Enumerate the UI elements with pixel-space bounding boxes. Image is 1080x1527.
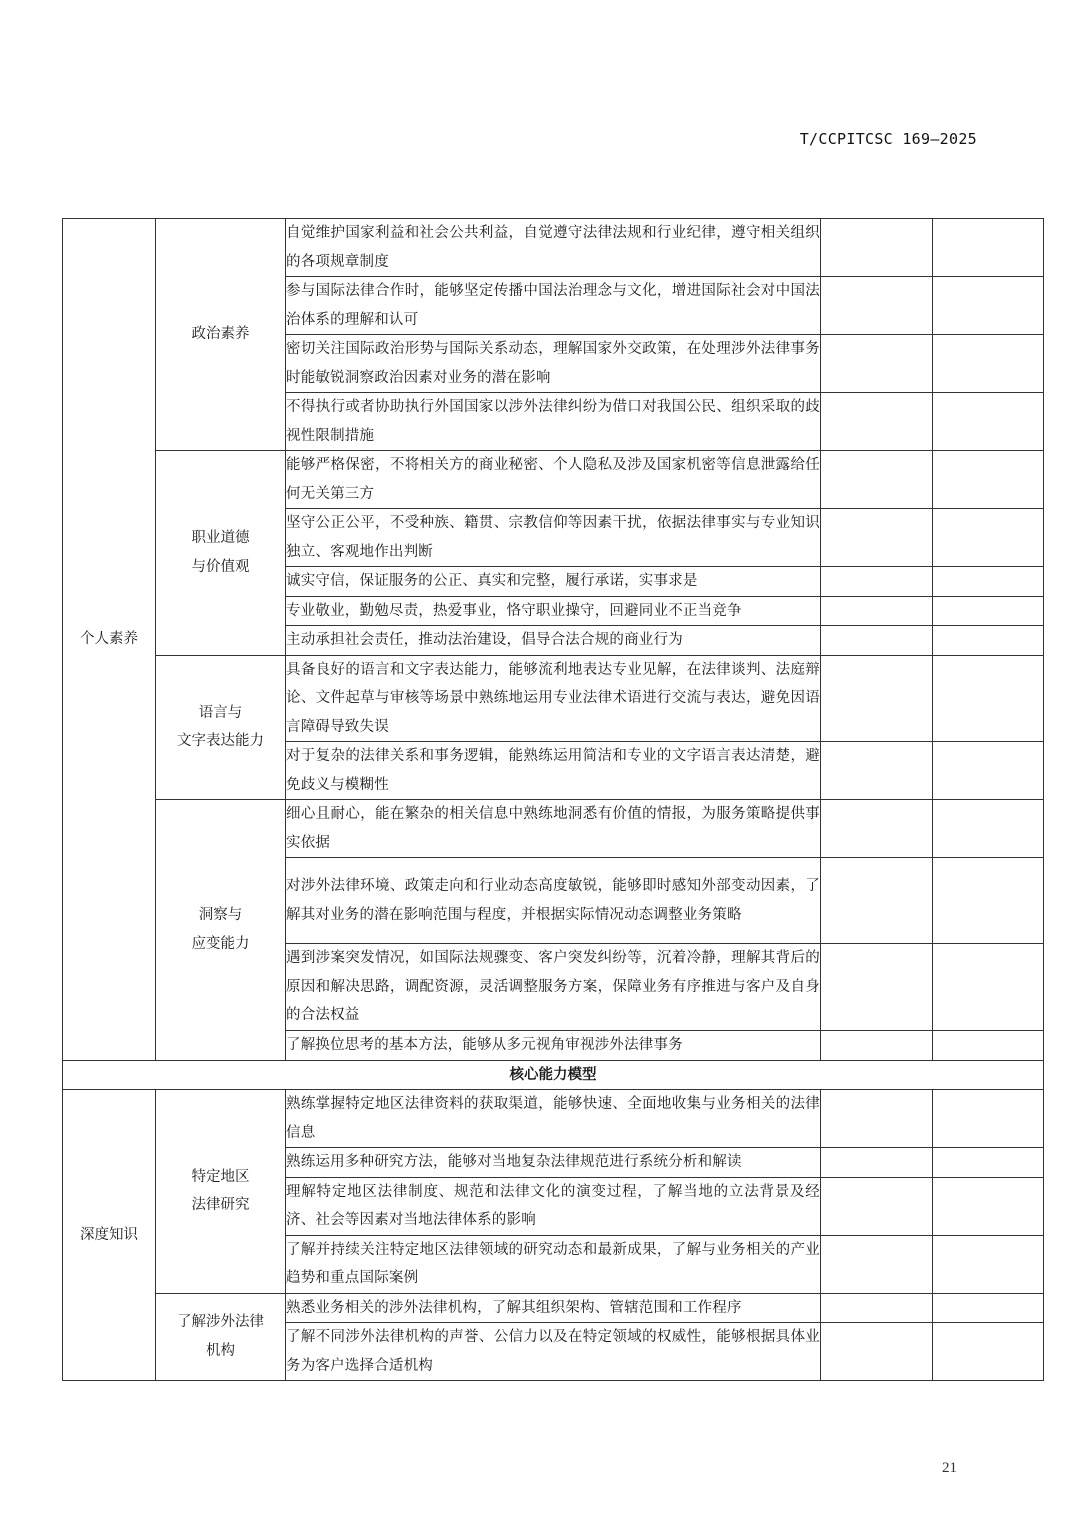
group-cell: 特定地区 法律研究 — [156, 1090, 286, 1294]
group-cell: 政治素养 — [156, 219, 286, 451]
item-cell: 熟悉业务相关的涉外法律机构，了解其组织架构、管辖范围和工作程序 — [286, 1293, 821, 1323]
item-cell: 专业敬业，勤勉尽责，热爱事业，恪守职业操守，回避同业不正当竞争 — [286, 596, 821, 626]
empty-cell — [933, 1293, 1044, 1323]
empty-cell — [821, 1030, 933, 1060]
empty-cell — [821, 335, 933, 393]
item-cell: 具备良好的语言和文字表达能力，能够流利地表达专业见解，在法律谈判、法庭辩论、文件… — [286, 655, 821, 742]
empty-cell — [933, 858, 1044, 944]
item-cell: 参与国际法律合作时，能够坚定传播中国法治理念与文化，增进国际社会对中国法治体系的… — [286, 277, 821, 335]
table-row: 洞察与 应变能力 细心且耐心，能在繁杂的相关信息中熟练地洞悉有价值的情报，为服务… — [63, 800, 1044, 858]
item-cell: 熟练掌握特定地区法律资料的获取渠道，能够快速、全面地收集与业务相关的法律信息 — [286, 1090, 821, 1148]
section-title: 核心能力模型 — [63, 1060, 1044, 1090]
empty-cell — [933, 451, 1044, 509]
empty-cell — [933, 509, 1044, 567]
empty-cell — [933, 1323, 1044, 1381]
empty-cell — [933, 596, 1044, 626]
table-row: 了解涉外法律 机构 熟悉业务相关的涉外法律机构，了解其组织架构、管辖范围和工作程… — [63, 1293, 1044, 1323]
empty-cell — [821, 800, 933, 858]
empty-cell — [821, 1293, 933, 1323]
empty-cell — [821, 944, 933, 1031]
empty-cell — [821, 509, 933, 567]
group-cell: 洞察与 应变能力 — [156, 800, 286, 1061]
item-cell: 能够严格保密，不将相关方的商业秘密、个人隐私及涉及国家机密等信息泄露给任何无关第… — [286, 451, 821, 509]
empty-cell — [933, 1030, 1044, 1060]
empty-cell — [933, 335, 1044, 393]
item-cell: 对于复杂的法律关系和事务逻辑，能熟练运用简洁和专业的文字语言表达清楚，避免歧义与… — [286, 742, 821, 800]
item-cell: 坚守公正公平，不受种族、籍贯、宗教信仰等因素干扰，依据法律事实与专业知识独立、客… — [286, 509, 821, 567]
group-cell: 职业道德 与价值观 — [156, 451, 286, 656]
item-cell: 熟练运用多种研究方法，能够对当地复杂法律规范进行系统分析和解读 — [286, 1148, 821, 1178]
item-cell: 对涉外法律环境、政策走向和行业动态高度敏锐，能够即时感知外部变动因素，了解其对业… — [286, 858, 821, 944]
empty-cell — [821, 858, 933, 944]
empty-cell — [933, 1148, 1044, 1178]
empty-cell — [933, 277, 1044, 335]
empty-cell — [821, 1090, 933, 1148]
section-header-row: 核心能力模型 — [63, 1060, 1044, 1090]
item-cell: 细心且耐心，能在繁杂的相关信息中熟练地洞悉有价值的情报，为服务策略提供事实依据 — [286, 800, 821, 858]
table-row: 职业道德 与价值观 能够严格保密，不将相关方的商业秘密、个人隐私及涉及国家机密等… — [63, 451, 1044, 509]
empty-cell — [933, 800, 1044, 858]
table-row: 深度知识 特定地区 法律研究 熟练掌握特定地区法律资料的获取渠道，能够快速、全面… — [63, 1090, 1044, 1148]
empty-cell — [933, 393, 1044, 451]
empty-cell — [933, 655, 1044, 742]
table-row: 个人素养 政治素养 自觉维护国家利益和社会公共利益，自觉遵守法律法规和行业纪律，… — [63, 219, 1044, 277]
document-code: T/CCPITCSC 169—2025 — [800, 130, 977, 148]
table-row: 语言与 文字表达能力 具备良好的语言和文字表达能力，能够流利地表达专业见解，在法… — [63, 655, 1044, 742]
empty-cell — [933, 742, 1044, 800]
item-cell: 不得执行或者协助执行外国国家以涉外法律纠纷为借口对我国公民、组织采取的歧视性限制… — [286, 393, 821, 451]
item-cell: 自觉维护国家利益和社会公共利益，自觉遵守法律法规和行业纪律，遵守相关组织的各项规… — [286, 219, 821, 277]
empty-cell — [821, 1148, 933, 1178]
empty-cell — [821, 742, 933, 800]
competency-table: 个人素养 政治素养 自觉维护国家利益和社会公共利益，自觉遵守法律法规和行业纪律，… — [62, 218, 1044, 1381]
category-cell: 个人素养 — [63, 219, 156, 1061]
empty-cell — [821, 219, 933, 277]
empty-cell — [821, 277, 933, 335]
category-cell: 深度知识 — [63, 1090, 156, 1381]
empty-cell — [933, 1177, 1044, 1235]
item-cell: 了解换位思考的基本方法，能够从多元视角审视涉外法律事务 — [286, 1030, 821, 1060]
empty-cell — [821, 1235, 933, 1293]
item-cell: 遇到涉案突发情况，如国际法规骤变、客户突发纠纷等，沉着冷静，理解其背后的原因和解… — [286, 944, 821, 1031]
empty-cell — [821, 596, 933, 626]
empty-cell — [821, 567, 933, 597]
empty-cell — [821, 1177, 933, 1235]
empty-cell — [933, 626, 1044, 656]
empty-cell — [821, 1323, 933, 1381]
empty-cell — [821, 655, 933, 742]
item-cell: 了解并持续关注特定地区法律领域的研究动态和最新成果，了解与业务相关的产业趋势和重… — [286, 1235, 821, 1293]
item-cell: 诚实守信，保证服务的公正、真实和完整，履行承诺，实事求是 — [286, 567, 821, 597]
item-cell: 密切关注国际政治形势与国际关系动态，理解国家外交政策，在处理涉外法律事务时能敏锐… — [286, 335, 821, 393]
group-cell: 了解涉外法律 机构 — [156, 1293, 286, 1381]
empty-cell — [821, 626, 933, 656]
empty-cell — [821, 393, 933, 451]
empty-cell — [933, 567, 1044, 597]
group-cell: 语言与 文字表达能力 — [156, 655, 286, 800]
item-cell: 了解不同涉外法律机构的声誉、公信力以及在特定领域的权威性，能够根据具体业务为客户… — [286, 1323, 821, 1381]
empty-cell — [933, 1090, 1044, 1148]
empty-cell — [821, 451, 933, 509]
item-cell: 主动承担社会责任，推动法治建设，倡导合法合规的商业行为 — [286, 626, 821, 656]
empty-cell — [933, 944, 1044, 1031]
empty-cell — [933, 1235, 1044, 1293]
item-cell: 理解特定地区法律制度、规范和法律文化的演变过程，了解当地的立法背景及经济、社会等… — [286, 1177, 821, 1235]
page-number: 21 — [942, 1460, 957, 1477]
empty-cell — [933, 219, 1044, 277]
